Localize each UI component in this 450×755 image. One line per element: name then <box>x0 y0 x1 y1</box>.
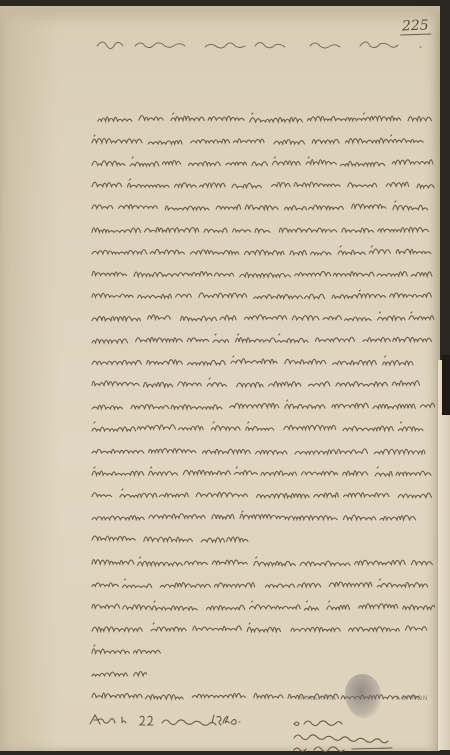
handwritten-text-line <box>90 509 435 523</box>
handwritten-text-line <box>90 465 435 479</box>
handwritten-text-line <box>90 531 251 545</box>
handwritten-text-line <box>96 111 435 125</box>
handwritten-text-line <box>90 332 435 346</box>
handwritten-text-line <box>90 199 435 213</box>
underlying-page-edge <box>437 360 450 750</box>
handwritten-text-line <box>90 376 435 390</box>
manuscript-page: 225 Προς τον ... Υπουργόν ... Κύριον ...… <box>0 6 440 751</box>
folio-number: 225 <box>400 17 431 35</box>
handwritten-text-line <box>90 310 435 324</box>
page-shadow <box>0 6 60 751</box>
handwritten-text-line <box>90 288 435 302</box>
page-top-fold <box>0 6 440 28</box>
handwritten-text-line <box>90 266 435 280</box>
handwritten-text-line <box>90 420 435 434</box>
signature-block <box>290 716 430 755</box>
binding-shadow <box>442 355 450 415</box>
date-line <box>88 712 258 726</box>
handwritten-text-line <box>90 133 435 147</box>
handwritten-text-line <box>90 244 435 258</box>
handwritten-text-line <box>90 666 147 680</box>
stamp-left-text: ΑΚΑΔΗΜΙΑ <box>298 694 336 702</box>
handwriting-signature-strokes <box>290 716 430 755</box>
handwriting-date-strokes <box>88 713 258 727</box>
handwritten-text-line <box>90 222 435 236</box>
stamp-right-text: ΑΘΗΝΩΝ <box>396 694 428 702</box>
letter-heading <box>95 36 425 52</box>
handwritten-text-line <box>90 398 435 412</box>
handwritten-text-line <box>90 577 435 591</box>
handwritten-text-line <box>90 487 435 501</box>
handwritten-text-line <box>90 354 435 368</box>
scanned-document-viewer: 225 Προς τον ... Υπουργόν ... Κύριον ...… <box>0 0 450 755</box>
handwritten-text-line <box>90 643 165 657</box>
handwriting-heading-strokes <box>95 36 425 52</box>
handwritten-text-line <box>90 621 435 635</box>
handwritten-text-line <box>90 155 435 169</box>
handwritten-text-line <box>90 555 435 569</box>
handwritten-text-line <box>90 443 435 457</box>
handwritten-text-line <box>90 177 435 191</box>
academy-stamp-label: ΑΚΑΔΗΜΙΑ ΑΘΗΝΩΝ <box>298 694 428 702</box>
handwritten-text-line <box>90 599 435 613</box>
